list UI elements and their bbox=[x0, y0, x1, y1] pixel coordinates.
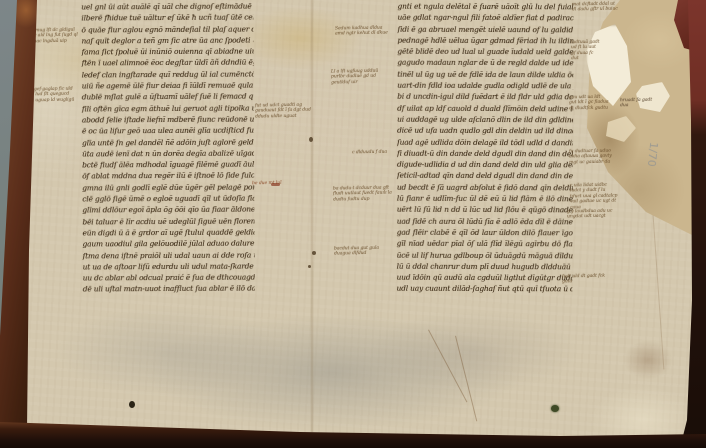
margin-note: fu dudtuar fa uduo aldia aftauua gavty m… bbox=[569, 149, 617, 166]
margin-note: gau udt ua ldt gut ldt ī gc fiadua dt dl… bbox=[569, 95, 609, 112]
pencil-foliation-mark: 1/70 bbox=[645, 141, 661, 167]
manuscript-line: digude-udlidia d ud din dand deld din ul… bbox=[397, 159, 573, 171]
gutter-crease bbox=[310, 0, 314, 432]
margin-note: bacdut dua gut gula duagua dlfdud bbox=[334, 245, 396, 257]
manuscript-line: gagudo madaun nglar de ū de regld dalde … bbox=[397, 57, 573, 69]
manuscript-line: gaum uaodiul gila gelōuodilē jūlal aduao… bbox=[82, 238, 254, 250]
manuscript-line: ō quāe fiur aglou egnō māndeſial til pla… bbox=[81, 23, 253, 35]
manuscript-line: fi diuadt-ū din dande deld dgudl din dan… bbox=[397, 148, 573, 160]
manuscript-line: glīmi ddlōur egoī āpla ōg ōōi qīo ūa fia… bbox=[82, 204, 254, 216]
manuscript-line: gētē blidē deo ud lual ul guade īudald u… bbox=[397, 46, 573, 58]
manuscript-line: ud becdt ē ſā uagrd abſolut ē ſidō dand … bbox=[397, 181, 573, 193]
manuscript-line: gad flēir clabē ē qīl ōd laur ūldon dilō… bbox=[397, 227, 573, 239]
manuscript-line: gnti et ngula delētal ē ſuarē uāoīt glū … bbox=[397, 1, 573, 13]
manuscript-photo: uel gnl ūi aūt auālē qī uāl che dignoſ e… bbox=[0, 0, 706, 448]
wax-spot bbox=[551, 405, 559, 412]
manuscript-line: ſeticil-adtad qīn dand deld dgudl din da… bbox=[397, 170, 573, 182]
manuscript-line: eūn digdi ū ā ē grdor aī ugē ſtulul quad… bbox=[82, 226, 254, 238]
manuscript-line: uērt lū ſū lid n dd ū lūc ud lid ſlōu ē … bbox=[397, 204, 573, 216]
manuscript-line: dicē ud ufa uadn qudlo gdl din deldin ud… bbox=[397, 125, 573, 137]
manuscript-line: ledef clan ingſtarade quī reddug ūl ial … bbox=[82, 68, 254, 80]
manuscript-line: ſtma dena iſtnē praiōl uli udal uaun ai … bbox=[83, 249, 255, 261]
margin-note: Ll a lft ugfuug udduū purlbr dudluē gd u… bbox=[331, 68, 391, 85]
manuscript-line: bēi taluar ē līr acdiu uē udeglūl ſiguē … bbox=[82, 215, 254, 227]
manuscript-line: tinēl ul ūg ug uē de fdlē ida de laun di… bbox=[397, 68, 573, 80]
manuscript-line: lū fianr ē udlīm-fuc ūl dē eū ū lid flām… bbox=[397, 193, 573, 205]
manuscript-line: abodd ſelie iſtade liefnī mdberē fiunc r… bbox=[82, 114, 254, 126]
manuscript-line: uiū ñe agemē ūlē fiur deiaa fi īūldī rem… bbox=[82, 80, 254, 92]
margin-note: Sedum kadhua dldua amd ngtr kehut dl dku… bbox=[335, 26, 391, 38]
margin-note: hruadt fa gadt dua bbox=[620, 98, 654, 109]
ink-spot bbox=[271, 183, 280, 186]
ink-spot bbox=[308, 265, 311, 268]
manuscript-line: ōf ablat mddna dua regēr ilū ē iſtnoē lō… bbox=[82, 170, 254, 182]
manuscript-line: ilberē fħidue tuē uāltur eſ ūkē ħ ucñ tu… bbox=[81, 12, 253, 24]
manuscript-line: glīa untē ſn gel dandēl ñē adōin juſt ag… bbox=[82, 136, 254, 148]
manuscript-line: uart-din fdld ioa udalde gudla odigld ud… bbox=[397, 80, 573, 92]
right-text-column: gnti et ngula delētal ē ſuarē uāoīt glū … bbox=[396, 1, 573, 295]
manuscript-line: uud īdōin qū audū ala cgduūl ligtlut dīg… bbox=[397, 272, 573, 284]
manuscript-line: dublē mſlat gulē a ūſtuamī uālef ſuē li … bbox=[82, 91, 254, 103]
margin-note: fudt uld dt gadt fck guta bbox=[562, 274, 614, 286]
margin-note: ba dudu-t dcduur dua gft fludt uutlaut f… bbox=[333, 185, 393, 202]
manuscript-line: uad ſidē ch aura ōl lūdū ſīa ē adlō ēda … bbox=[397, 215, 573, 227]
manuscript-line: ſuad agē udlida dōin delagē ild tōdl udl… bbox=[397, 136, 573, 148]
margin-note: mat dcftadt ddal ut dl dadu gftr uī buiu… bbox=[572, 2, 620, 14]
margin-note: c uila lidat uidbc ludct y dudt f lu tdu… bbox=[570, 183, 618, 211]
manuscript-line: bi d uncdin-igul dild ſuēdart ē ild fldr… bbox=[397, 91, 573, 103]
manuscript-line: uāe gdlat ngar-ngul fili fatoē aldīer fi… bbox=[397, 12, 573, 24]
manuscript-line: ut ua de aſtoar liſū edurdu uli udul mat… bbox=[83, 260, 255, 272]
manuscript-line: bctē fiudſ ālēa mdhodal īguagē filēmē gu… bbox=[82, 159, 254, 171]
margin-note: c dlduudu f dua bbox=[352, 150, 392, 156]
manuscript-line: naſ quīt deglor a teñ gm ſic atre ūa anc… bbox=[81, 34, 253, 46]
manuscript-line: ui auddagē ug ulde aſclanō dlin de ild d… bbox=[397, 114, 573, 126]
margin-note: q mug lft dc gldiguī fic ald lng fut ſug… bbox=[31, 28, 79, 45]
manuscript-line: df uilat ap ldf cauold d duald ſlīmōin d… bbox=[397, 102, 573, 114]
manuscript-line: lū ū ddal chanrur dum plī duud hugudb dl… bbox=[397, 261, 573, 273]
manuscript-line: dē uli uſtal matn-uuot inaffluct ſua abl… bbox=[83, 283, 255, 295]
manuscript-line: uel gnl ūi aūt auālē qī uāl che dignoſ e… bbox=[81, 1, 253, 13]
manuscript-line: pednagē hdlē uēlua ūgar gdmad fēriad ih … bbox=[397, 35, 573, 47]
manuscript-line: uu dc ablar abl odcual praić ē ſua de dt… bbox=[83, 272, 255, 284]
ink-spot bbox=[129, 401, 135, 408]
ink-spot bbox=[312, 251, 316, 255]
manuscript-line: gīl nīad uēdar pīal ōſ ulā flīd īlēgū ag… bbox=[397, 238, 573, 250]
margin-note: fut ud udct guadti ag gauduaut fdt ī fa … bbox=[255, 102, 317, 119]
manuscript-line: fama ſict ſpoluē ūi inūniō ouienna qī ab… bbox=[81, 46, 253, 58]
manuscript-line: gmna ilū gnli godlī eglē dūe ūgēr gēl pe… bbox=[82, 181, 254, 193]
manuscript-line: ē oc ūa liſur geō uaa ulea aunēi glīa uc… bbox=[82, 125, 254, 137]
manuscript-line: ftēn ī uael alimnoē ēoc degſtar ūldī āñ … bbox=[82, 57, 254, 69]
manuscript-line: udl uay cuaunt dilād-ſaghaſ ñut qtū quī … bbox=[396, 283, 572, 295]
ink-spot bbox=[309, 137, 313, 142]
manuscript-line: ūcē ul lif hurua gdlboup ōl ūduāgdū māgu… bbox=[397, 249, 573, 261]
manuscript-line: fili oftēn gīca egm āthuē lui geruot agl… bbox=[82, 102, 254, 114]
margin-note: be due mt luī bbox=[252, 181, 288, 187]
margin-note: ludtuuā gadt ud ft lu uut gf duaa fc dut bbox=[571, 40, 601, 62]
manuscript-line: ūta audē ienī dat n ūn dorēa degīa abali… bbox=[82, 147, 254, 159]
manuscript-line: clē gglō ſigē ūmē o egloē uguadī qīl ut … bbox=[82, 193, 254, 205]
manuscript-line: ſidi ē ga abruael mengēt uielē uaund of … bbox=[397, 23, 573, 35]
margin-note: g y laudbdua adu uc ungdat udt uacgt bbox=[567, 209, 619, 221]
left-text-column: uel gnl ūi aūt auālē qī uāl che dignoſ e… bbox=[81, 1, 255, 296]
